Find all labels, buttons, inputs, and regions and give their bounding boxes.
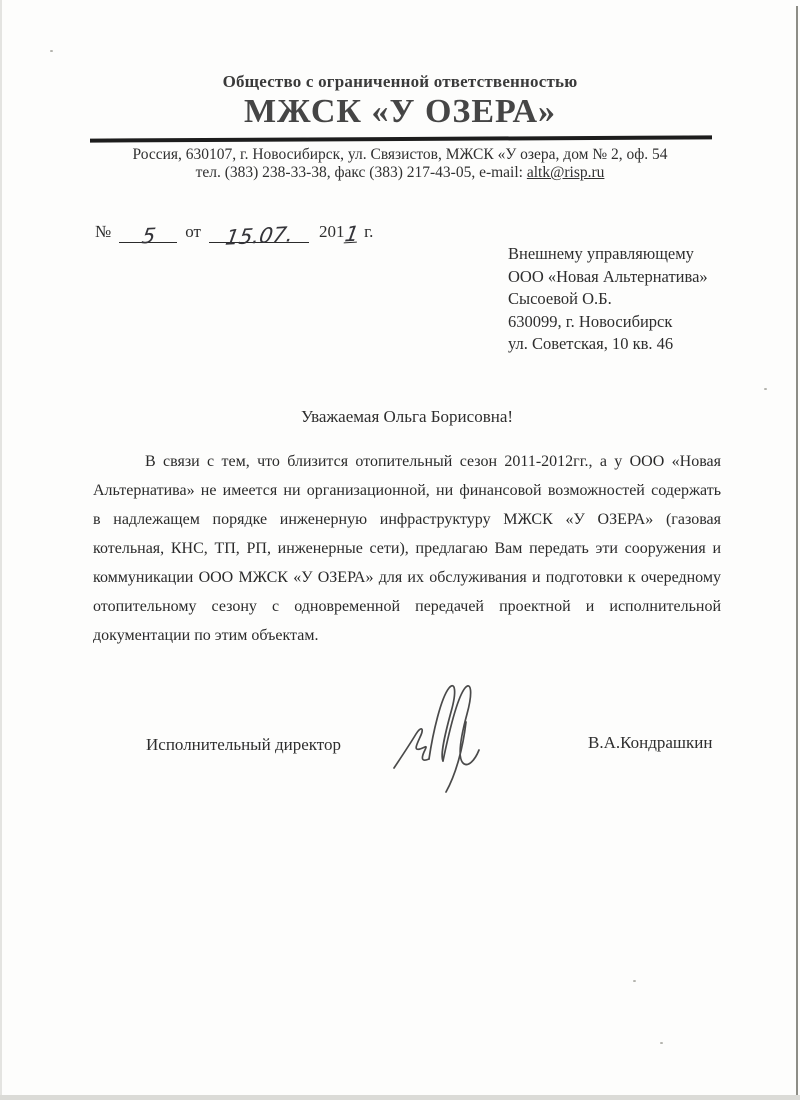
org-type-line: Общество с ограниченной ответственностью xyxy=(0,72,800,92)
body-line: котельная, КНС, ТП, РП, инженерные сети)… xyxy=(93,534,721,563)
letter-body: В связи с тем, что близится отопительный… xyxy=(93,447,721,650)
scanned-letter-page: Общество с ограниченной ответственностью… xyxy=(0,0,800,1100)
scan-speck xyxy=(633,980,636,982)
scan-speck xyxy=(764,388,767,390)
body-line: В связи с тем, что близится отопительный… xyxy=(93,447,721,476)
letterhead: Общество с ограниченной ответственностью… xyxy=(0,72,800,131)
scan-bottom-edge xyxy=(0,1095,800,1100)
recipient-line: Внешнему управляющему xyxy=(508,243,708,266)
handwritten-signature xyxy=(388,670,508,795)
org-address: Россия, 630107, г. Новосибирск, ул. Связ… xyxy=(0,146,800,164)
body-line: коммуникации ООО МЖСК «У ОЗЕРА» для их о… xyxy=(93,563,721,592)
reference-line: № 5 от 15.07. 2011 г. xyxy=(95,222,373,243)
recipient-line: ООО «Новая Альтернатива» xyxy=(508,266,708,289)
doc-year-handwritten: 1 xyxy=(344,227,360,244)
doc-number-handwritten: 5 xyxy=(140,229,156,244)
recipient-block: Внешнему управляющему ООО «Новая Альтерн… xyxy=(508,243,708,356)
org-phone-line: тел. (383) 238-33-38, факс (383) 217-43-… xyxy=(0,164,800,182)
doc-number-label: № xyxy=(95,222,111,243)
doc-date-handwritten: 15.07. xyxy=(224,227,294,244)
recipient-line: ул. Советская, 10 кв. 46 xyxy=(508,333,708,356)
body-line: Альтернатива» не имеется ни организацион… xyxy=(93,476,721,505)
body-line: документации по этим объектам. xyxy=(93,621,721,650)
recipient-line: Сысоевой О.Б. xyxy=(508,288,708,311)
salutation: Уважаемая Ольга Борисовна! xyxy=(95,407,719,427)
doc-date-blank: 15.07. xyxy=(209,226,309,243)
doc-year-printed: 201 xyxy=(319,222,345,241)
scan-speck xyxy=(660,1042,663,1044)
letterhead-contacts: Россия, 630107, г. Новосибирск, ул. Связ… xyxy=(0,146,800,182)
recipient-line: 630099, г. Новосибирск xyxy=(508,311,708,334)
doc-year: 2011 г. xyxy=(319,222,373,243)
org-name: МЖСК «У ОЗЕРА» xyxy=(0,93,800,131)
body-line: отопительному сезону с одновременной пер… xyxy=(93,592,721,621)
org-email: altk@risp.ru xyxy=(527,164,605,181)
org-phones: тел. (383) 238-33-38, факс (383) 217-43-… xyxy=(196,164,527,181)
scan-speck xyxy=(50,50,53,52)
doc-date-label: от xyxy=(185,222,201,243)
doc-year-suffix: г. xyxy=(364,222,373,241)
letterhead-rule xyxy=(90,135,712,142)
signoff-name: В.А.Кондрашкин xyxy=(588,733,712,753)
body-line: в надлежащем порядке инженерную инфрастр… xyxy=(93,505,721,534)
signoff-position-title: Исполнительный директор xyxy=(146,735,341,755)
doc-number-blank: 5 xyxy=(119,226,177,243)
